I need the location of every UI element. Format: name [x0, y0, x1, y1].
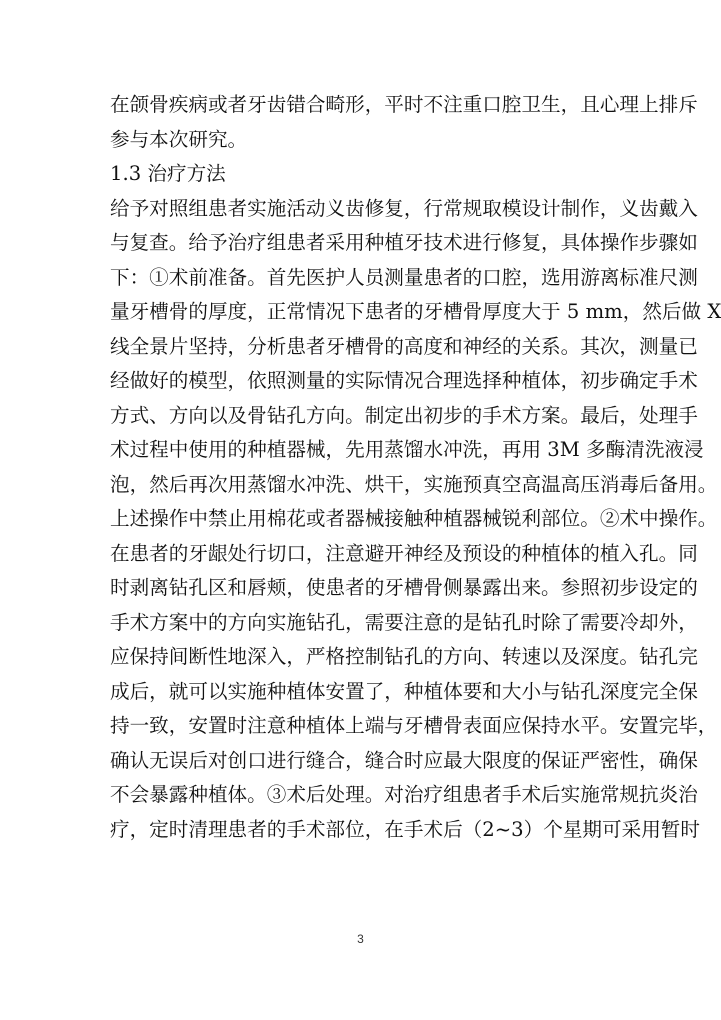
- text-line: 应保持间断性地深入，严格控制钻孔的方向、转速以及深度。钻孔完: [110, 640, 612, 675]
- text-line: 量牙槽骨的厚度，正常情况下患者的牙槽骨厚度大于 5 mm，然后做 X: [110, 295, 612, 330]
- text-line: 手术方案中的方向实施钻孔，需要注意的是钻孔时除了需要冷却外，: [110, 606, 612, 641]
- text-line: 在患者的牙龈处行切口，注意避开神经及预设的种植体的植入孔。同: [110, 537, 612, 572]
- text-line: 确认无误后对创口进行缝合，缝合时应最大限度的保证严密性，确保: [110, 744, 612, 779]
- text-line: 疗，定时清理患者的手术部位，在手术后（2~3）个星期可采用暂时: [110, 813, 612, 848]
- text-line: 在颌骨疾病或者牙齿错合畸形，平时不注重口腔卫生，且心理上排斥: [110, 88, 612, 123]
- section-heading: 1.3 治疗方法: [110, 157, 612, 192]
- text-line: 成后，就可以实施种植体安置了，种植体要和大小与钻孔深度完全保: [110, 675, 612, 710]
- document-page: 在颌骨疾病或者牙齿错合畸形，平时不注重口腔卫生，且心理上排斥 参与本次研究。 1…: [0, 0, 721, 1020]
- text-line: 方式、方向以及骨钻孔方向。制定出初步的手术方案。最后，处理手: [110, 399, 612, 434]
- text-line: 经做好的模型，依照测量的实际情况合理选择种植体，初步确定手术: [110, 364, 612, 399]
- body-text: 在颌骨疾病或者牙齿错合畸形，平时不注重口腔卫生，且心理上排斥 参与本次研究。 1…: [110, 88, 612, 847]
- text-line: 泡，然后再次用蒸馏水冲洗、烘干，实施预真空高温高压消毒后备用。: [110, 468, 612, 503]
- text-line: 不会暴露种植体。③术后处理。对治疗组患者手术后实施常规抗炎治: [110, 778, 612, 813]
- text-line: 时剥离钻孔区和唇颊，使患者的牙槽骨侧暴露出来。参照初步设定的: [110, 571, 612, 606]
- text-line: 下：①术前准备。首先医护人员测量患者的口腔，选用游离标准尺测: [110, 261, 612, 296]
- text-line: 与复查。给予治疗组患者采用种植牙技术进行修复，具体操作步骤如: [110, 226, 612, 261]
- page-number: 3: [0, 932, 721, 946]
- text-line: 给予对照组患者实施活动义齿修复，行常规取模设计制作，义齿戴入: [110, 192, 612, 227]
- text-line: 上述操作中禁止用棉花或者器械接触种植器械锐利部位。②术中操作。: [110, 502, 612, 537]
- text-line: 术过程中使用的种植器械，先用蒸馏水冲洗，再用 3M 多酶清洗液浸: [110, 433, 612, 468]
- text-line: 线全景片坚持，分析患者牙槽骨的高度和神经的关系。其次，测量已: [110, 330, 612, 365]
- text-line: 持一致，安置时注意种植体上端与牙槽骨表面应保持水平。安置完毕，: [110, 709, 612, 744]
- text-line: 参与本次研究。: [110, 123, 612, 158]
